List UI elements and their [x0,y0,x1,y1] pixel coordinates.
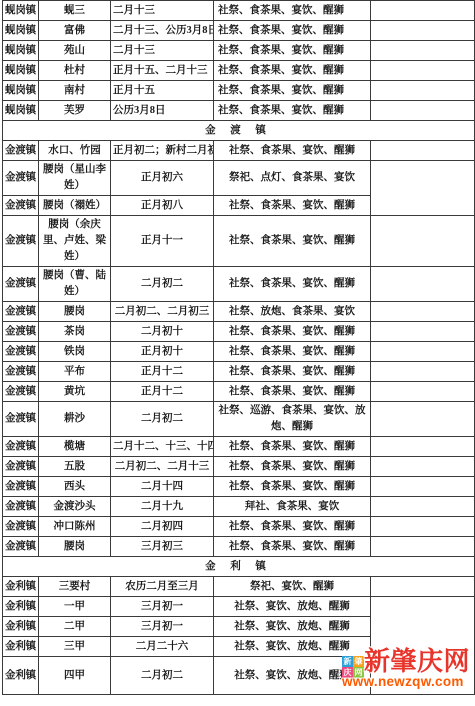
town-cell: 金利镇 [3,597,39,617]
date-cell: 二月初十 [111,322,214,342]
note-cell [371,437,475,457]
table-row: 金渡镇腰岗二月初二、二月初三社祭、放炮、食茶果、宴饮 [3,302,475,322]
town-cell: 金渡镇 [3,477,39,497]
town-cell: 金利镇 [3,617,39,637]
date-cell: 二月初二 [111,402,214,437]
village-cell: 腰岗 [39,537,111,557]
date-cell: 二月初二、二月十三 [111,457,214,477]
table-row: 金渡镇耕沙二月初二社祭、巡游、食茶果、宴饮、放炮、醒狮 [3,402,475,437]
table-row: 金渡镇西头二月十四社祭、食茶果、宴饮、醒狮 [3,477,475,497]
village-cell: 西头 [39,477,111,497]
note-cell [371,267,475,302]
village-cell: 茶岗 [39,322,111,342]
date-cell: 正月十五、二月十三 [111,61,214,81]
note-cell [371,382,475,402]
section-header-row: 金 利 镇 [3,557,475,577]
village-cell: 四甲 [39,657,111,695]
note-cell [371,141,475,161]
date-cell: 正月初十 [111,342,214,362]
town-cell: 金利镇 [3,637,39,657]
village-cell: 腰岗 [39,302,111,322]
date-cell: 三月初一 [111,597,214,617]
act-cell: 社祭、食茶果、宴饮、醒狮 [214,517,371,537]
note-cell [371,402,475,437]
town-cell: 金渡镇 [3,402,39,437]
act-cell: 社祭、食茶果、宴饮、醒狮 [214,81,371,101]
village-cell: 腰岗（星山李姓） [39,161,111,196]
village-cell: 三甲 [39,637,111,657]
town-cell: 金利镇 [3,657,39,695]
village-cell: 一甲 [39,597,111,617]
date-cell: 二月十三、公历3月8日 [111,21,214,41]
act-cell: 社祭、食茶果、宴饮、醒狮 [214,342,371,362]
act-cell: 祭祀、点灯、食茶果、宴饮 [214,161,371,196]
town-cell: 金渡镇 [3,537,39,557]
table-row: 金渡镇黄坑正月十二社祭、食茶果、宴饮、醒狮 [3,382,475,402]
date-cell: 二月初二、二月初三 [111,302,214,322]
town-cell: 金渡镇 [3,322,39,342]
section-header: 金 渡 镇 [3,121,475,141]
date-cell: 农历二月至三月 [111,577,214,597]
act-cell: 社祭、食茶果、宴饮、醒狮 [214,21,371,41]
act-cell: 社祭、食茶果、宴饮、醒狮 [214,216,371,267]
village-cell: 三要村 [39,577,111,597]
village-cell: 蚬三 [39,1,111,21]
date-cell: 二月十四 [111,477,214,497]
table-row: 金渡镇冲口陈州二月初四社祭、食茶果、宴饮、醒狮 [3,517,475,537]
village-cell: 苑山 [39,41,111,61]
town-cell: 金渡镇 [3,141,39,161]
table-row: 金渡镇榄塘二月十二、十三、十四社祭、食茶果、宴饮、醒狮 [3,437,475,457]
town-cell: 蚬岗镇 [3,1,39,21]
town-cell: 金渡镇 [3,517,39,537]
act-cell: 社祭、食茶果、宴饮、醒狮 [214,457,371,477]
town-cell: 蚬岗镇 [3,101,39,121]
village-cell: 榄塘 [39,437,111,457]
village-cell: 南村 [39,81,111,101]
act-cell: 社祭、食茶果、宴饮、醒狮 [214,322,371,342]
date-cell: 二月二十六 [111,637,214,657]
table-row: 金渡镇五股二月初二、二月十三社祭、食茶果、宴饮、醒狮 [3,457,475,477]
note-cell [371,1,475,21]
note-cell [371,362,475,382]
act-cell: 社祭、食茶果、宴饮、醒狮 [214,437,371,457]
town-cell: 金渡镇 [3,457,39,477]
date-cell: 正月初二；新村二月初一 [111,141,214,161]
town-cell: 蚬岗镇 [3,81,39,101]
village-cell: 冲口陈州 [39,517,111,537]
town-cell: 金渡镇 [3,342,39,362]
table-row: 金渡镇腰岗三月初三社祭、食茶果、宴饮、醒狮 [3,537,475,557]
table-row: 金渡镇腰岗（星山李姓）正月初六祭祀、点灯、食茶果、宴饮 [3,161,475,196]
act-cell: 社祭、食茶果、宴饮、醒狮 [214,61,371,81]
date-cell: 二月十三 [111,41,214,61]
village-cell: 杜村 [39,61,111,81]
note-cell [371,161,475,216]
town-cell: 金渡镇 [3,161,39,196]
note-cell [371,577,475,597]
act-cell: 社祭、宴饮、放炮、醒狮 [214,617,371,637]
village-cell: 铁岗 [39,342,111,362]
village-cell: 二甲 [39,617,111,637]
table-row: 蚬岗镇芙罗公历3月8日社祭、食茶果、宴饮、醒狮 [3,101,475,121]
village-cell: 芙罗 [39,101,111,121]
act-cell: 社祭、食茶果、宴饮、醒狮 [214,41,371,61]
village-cell: 金渡沙头 [39,497,111,517]
note-cell [371,21,475,41]
date-cell: 正月初六 [111,161,214,196]
table-row: 金渡镇水口、竹园正月初二；新村二月初一社祭、食茶果、宴饮、醒狮 [3,141,475,161]
village-cell: 五股 [39,457,111,477]
town-cell: 金渡镇 [3,497,39,517]
act-cell: 社祭、食茶果、宴饮、醒狮 [214,477,371,497]
town-cell: 金渡镇 [3,302,39,322]
village-cell: 腰岗（禤姓） [39,196,111,216]
festival-table: 蚬岗镇蚬三二月十三社祭、食茶果、宴饮、醒狮蚬岗镇富佛二月十三、公历3月8日社祭、… [2,0,475,695]
note-cell [371,457,475,477]
date-cell: 二月十九 [111,497,214,517]
village-cell: 黄坑 [39,382,111,402]
date-cell: 公历3月8日 [111,101,214,121]
act-cell: 社祭、食茶果、宴饮、醒狮 [214,537,371,557]
table-row: 金渡镇平布正月十二社祭、食茶果、宴饮、醒狮 [3,362,475,382]
page: 蚬岗镇蚬三二月十三社祭、食茶果、宴饮、醒狮蚬岗镇富佛二月十三、公历3月8日社祭、… [0,0,475,706]
town-cell: 蚬岗镇 [3,41,39,61]
date-cell: 正月十二 [111,362,214,382]
date-cell: 二月初二 [111,267,214,302]
act-cell: 社祭、放炮、食茶果、宴饮 [214,302,371,322]
town-cell: 金渡镇 [3,382,39,402]
note-cell [371,517,475,537]
section-header: 金 利 镇 [3,557,475,577]
act-cell: 社祭、食茶果、宴饮、醒狮 [214,382,371,402]
act-cell: 社祭、食茶果、宴饮、醒狮 [214,101,371,121]
note-cell [371,322,475,342]
section-header-row: 金 渡 镇 [3,121,475,141]
act-cell: 社祭、食茶果、宴饮、醒狮 [214,362,371,382]
festival-table-body: 蚬岗镇蚬三二月十三社祭、食茶果、宴饮、醒狮蚬岗镇富佛二月十三、公历3月8日社祭、… [3,1,475,695]
note-cell [371,41,475,61]
act-cell: 社祭、食茶果、宴饮、醒狮 [214,267,371,302]
date-cell: 正月十五 [111,81,214,101]
table-row: 蚬岗镇南村正月十五社祭、食茶果、宴饮、醒狮 [3,81,475,101]
table-row: 金渡镇腰岗（余庆里、卢姓、梁姓）正月十一社祭、食茶果、宴饮、醒狮 [3,216,475,267]
act-cell: 社祭、宴饮、放炮、醒狮 [214,657,371,695]
table-row: 金渡镇腰岗（曹、陆姓）二月初二社祭、食茶果、宴饮、醒狮 [3,267,475,302]
village-cell: 腰岗（曹、陆姓） [39,267,111,302]
town-cell: 金利镇 [3,577,39,597]
town-cell: 蚬岗镇 [3,21,39,41]
village-cell: 耕沙 [39,402,111,437]
town-cell: 金渡镇 [3,437,39,457]
note-cell [371,101,475,121]
table-row: 金利镇一甲三月初一社祭、宴饮、放炮、醒狮 [3,597,475,617]
table-row: 蚬岗镇苑山二月十三社祭、食茶果、宴饮、醒狮 [3,41,475,61]
act-cell: 社祭、食茶果、宴饮、醒狮 [214,196,371,216]
table-row: 金利镇三要村农历二月至三月祭祀、宴饮、醒狮 [3,577,475,597]
town-cell: 金渡镇 [3,362,39,382]
date-cell: 正月十二 [111,382,214,402]
date-cell: 三月初三 [111,537,214,557]
note-cell [371,597,475,695]
table-row: 蚬岗镇杜村正月十五、二月十三社祭、食茶果、宴饮、醒狮 [3,61,475,81]
town-cell: 金渡镇 [3,267,39,302]
date-cell: 三月初一 [111,617,214,637]
date-cell: 二月初四 [111,517,214,537]
date-cell: 二月十三 [111,1,214,21]
act-cell: 社祭、宴饮、放炮、醒狮 [214,597,371,617]
note-cell [371,497,475,517]
note-cell [371,477,475,497]
date-cell: 正月初八 [111,196,214,216]
act-cell: 社祭、食茶果、宴饮、醒狮 [214,1,371,21]
act-cell: 社祭、食茶果、宴饮、醒狮 [214,141,371,161]
table-row: 蚬岗镇富佛二月十三、公历3月8日社祭、食茶果、宴饮、醒狮 [3,21,475,41]
town-cell: 金渡镇 [3,196,39,216]
table-row: 金渡镇茶岗二月初十社祭、食茶果、宴饮、醒狮 [3,322,475,342]
date-cell: 二月初二 [111,657,214,695]
table-row: 蚬岗镇蚬三二月十三社祭、食茶果、宴饮、醒狮 [3,1,475,21]
table-row: 金渡镇金渡沙头二月十九拜社、食茶果、宴饮 [3,497,475,517]
note-cell [371,342,475,362]
village-cell: 平布 [39,362,111,382]
town-cell: 蚬岗镇 [3,61,39,81]
note-cell [371,61,475,81]
note-cell [371,216,475,267]
act-cell: 祭祀、宴饮、醒狮 [214,577,371,597]
note-cell [371,81,475,101]
date-cell: 二月十二、十三、十四 [111,437,214,457]
village-cell: 腰岗（余庆里、卢姓、梁姓） [39,216,111,267]
village-cell: 水口、竹园 [39,141,111,161]
village-cell: 富佛 [39,21,111,41]
date-cell: 正月十一 [111,216,214,267]
note-cell [371,302,475,322]
table-row: 金渡镇铁岗正月初十社祭、食茶果、宴饮、醒狮 [3,342,475,362]
act-cell: 拜社、食茶果、宴饮 [214,497,371,517]
act-cell: 社祭、宴饮、放炮、醒狮 [214,637,371,657]
act-cell: 社祭、巡游、食茶果、宴饮、放炮、醒狮 [214,402,371,437]
town-cell: 金渡镇 [3,216,39,267]
note-cell [371,537,475,557]
